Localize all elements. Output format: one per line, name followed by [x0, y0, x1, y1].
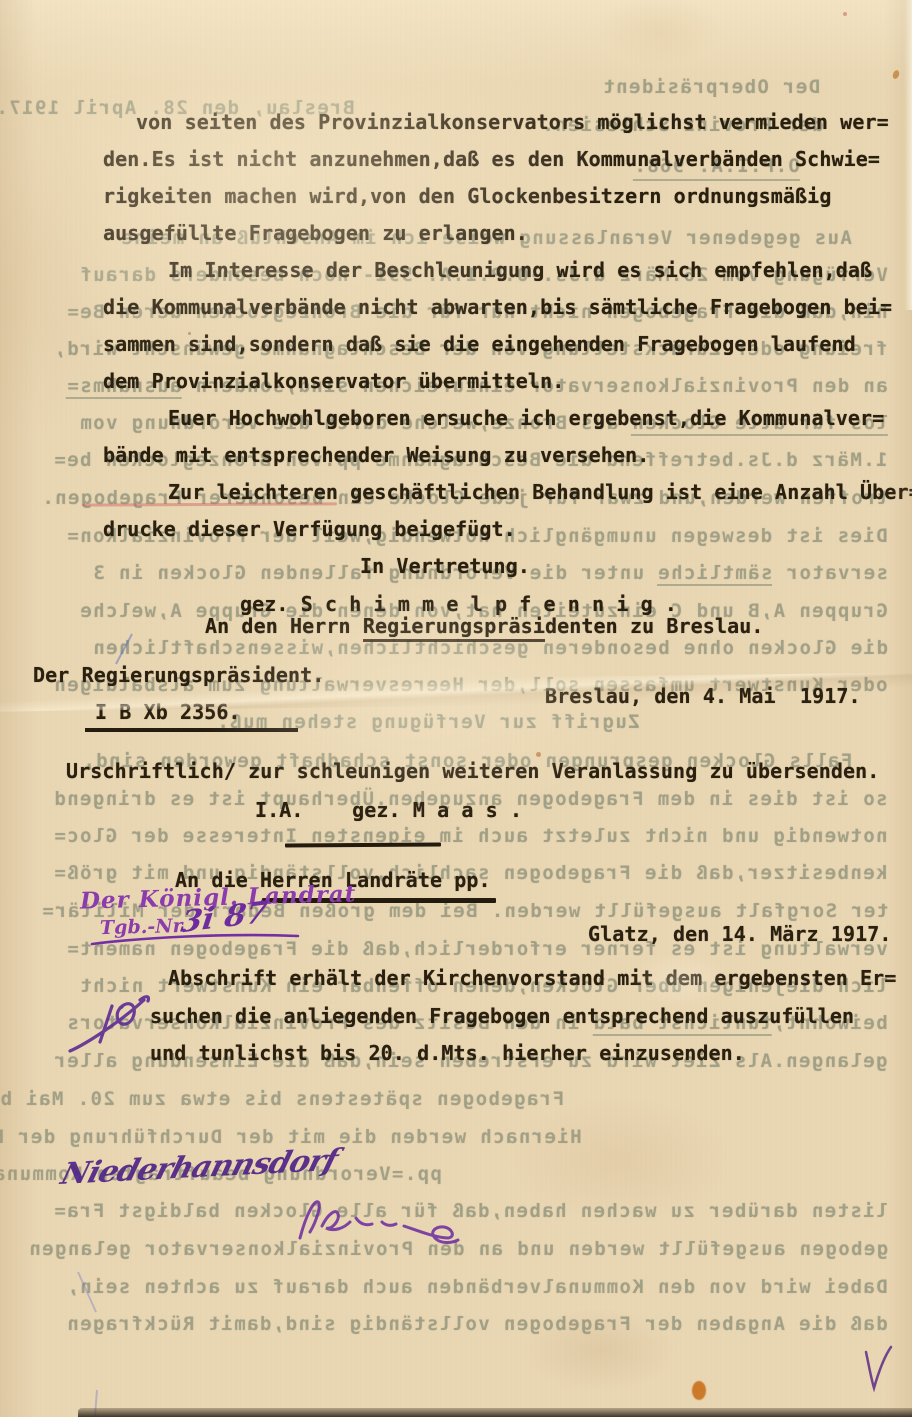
- typed-line: Urschriftlich/ zur schleunigen weiteren …: [66, 759, 879, 783]
- typed-line: gez. S c h i m m e l p f e n n i g .: [240, 592, 677, 616]
- typed-line: Euer Hochwohlgeboren ersuche ich ergeben…: [168, 406, 884, 430]
- typed-line: bände mit entsprechender Weisung zu vers…: [103, 443, 649, 467]
- paper-speck: [892, 69, 901, 80]
- typed-line: Der Regierungspräsident.: [33, 663, 324, 687]
- typed-line: Abschrift erhält der Kirchenvorstand mit…: [168, 966, 896, 990]
- bleedthrough-line: listen darüber zu wachen haben,daß für a…: [53, 1200, 888, 1223]
- paper-speck: [536, 752, 541, 757]
- typed-line: und tunlichst bis 20. d.Mts. hierher ein…: [150, 1041, 745, 1065]
- document-page: Der OberpräsidentBreslau, den 28. April …: [0, 0, 912, 1417]
- typed-line: Breslau, den 4. Mai 1917.: [545, 684, 861, 708]
- typed-line: von seiten des Provinzialkonservators mö…: [136, 110, 889, 134]
- typed-line: Glatz, den 14. März 1917.: [588, 922, 892, 946]
- bleedthrough-line: Fragebogen spätestens bis etwa zum 20. M…: [0, 1088, 564, 1111]
- bleedthrough-line: Dabei wird von den Kommunalverbänden auc…: [66, 1276, 888, 1299]
- typed-line: Im Interesse der Beschleunigung wird es …: [168, 258, 872, 282]
- typed-line: Zur leichteren geschäftlichen Behandlung…: [168, 480, 912, 504]
- typed-line: den.Es ist nicht anzunehmen,daß es den K…: [103, 147, 880, 171]
- typed-line: sammen sind,sondern daß sie die eingehen…: [103, 332, 856, 356]
- typed-line: dem Provinzialkonservator übermitteln.: [103, 369, 564, 393]
- bleedthrough-line: gebogen ausgefüllt werden und an den Pro…: [28, 1238, 888, 1261]
- typed-line: In Vertretung.: [360, 554, 530, 578]
- bleedthrough-line: daß die Angaben der Fragebogen vollständ…: [66, 1313, 888, 1336]
- bleedthrough-line: Der Oberpräsident: [602, 76, 820, 99]
- typed-line: rigkeiten machen wird,von den Glockenbes…: [103, 184, 831, 208]
- typed-line: suchen die anliegenden Fragebogen entspr…: [150, 1004, 854, 1028]
- rust-stain: [692, 1381, 706, 1400]
- paper-right-edge: [904, 0, 912, 310]
- bleedthrough-line: notwendig und nicht zuletzt auch im eige…: [53, 825, 888, 848]
- corner-v-mark: [866, 1347, 891, 1388]
- photo-bottom-edge: [78, 1408, 912, 1417]
- landrat-stamp-tgb-label: Tgb.-Nr.: [100, 915, 188, 939]
- typed-line: ausgefüllte Fragebogen zu erlangen.: [103, 221, 528, 245]
- typed-line: die Kommunalverbände nicht abwarten,bis …: [103, 295, 892, 319]
- paper-speck: [843, 12, 847, 16]
- typed-line: I.A. gez. M a a s .: [255, 798, 522, 822]
- paper-speck: [188, 332, 191, 335]
- typed-line: An den Herrn Regierungspräsidenten zu Br…: [205, 614, 764, 638]
- typed-line: drucke dieser Verfügung beigefügt.: [103, 517, 516, 541]
- typed-line: I B Xb 2356.: [85, 700, 298, 732]
